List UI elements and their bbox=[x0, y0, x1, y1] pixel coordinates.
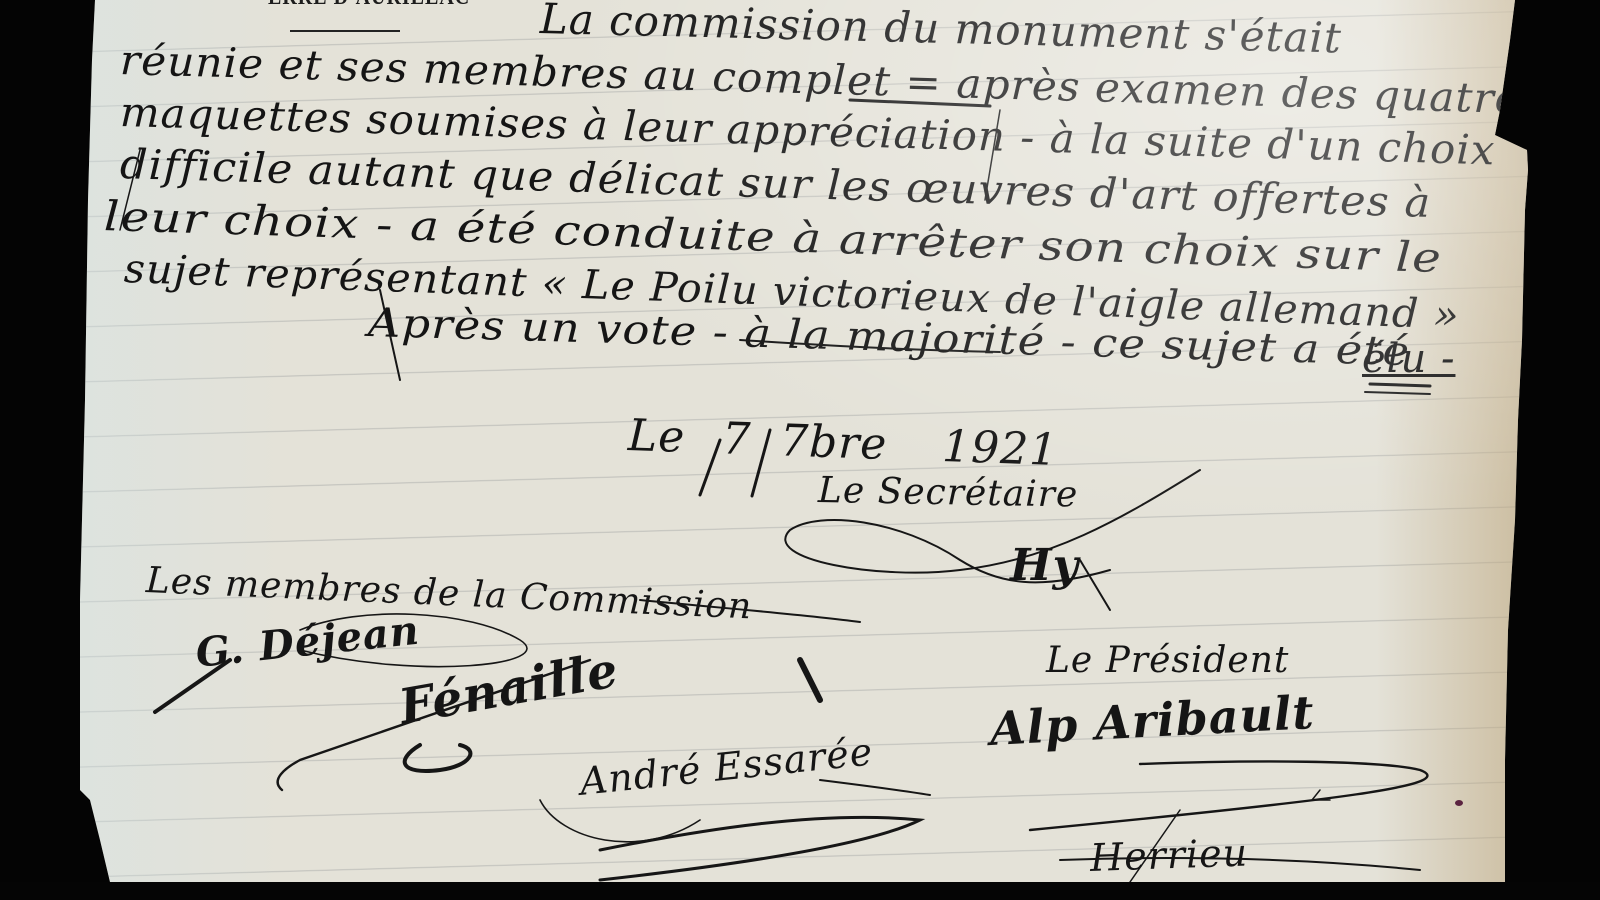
date-day: 7 bbox=[721, 413, 752, 465]
signature-herrieu: Herrieu bbox=[1089, 830, 1249, 879]
body-line-8-elu: élu - bbox=[1362, 336, 1455, 382]
president-title: Le Président bbox=[1046, 640, 1289, 681]
ink-stain bbox=[1455, 800, 1463, 806]
signature-andre-essaree: André Essarée bbox=[578, 729, 876, 804]
letterhead-rule bbox=[290, 30, 400, 32]
secretary-title: Le Secrétaire bbox=[818, 470, 1079, 516]
president-signature: Alp Aribault bbox=[989, 685, 1316, 756]
letterhead-fragment: ERRE D'AURILLAC bbox=[268, 0, 470, 11]
secretary-signature: Hy bbox=[1010, 540, 1079, 591]
signature-fenaille: Fénaille bbox=[395, 642, 623, 736]
date-prefix: Le bbox=[627, 410, 686, 463]
date-month: 7bre bbox=[779, 415, 888, 470]
document-sheet: ERRE D'AURILLAC La commission du monumen… bbox=[0, 0, 1600, 882]
signature-dejean: G. Déjean bbox=[194, 607, 422, 677]
date-year: 1921 bbox=[941, 421, 1059, 476]
photo-stage: ERRE D'AURILLAC La commission du monumen… bbox=[0, 0, 1600, 882]
members-heading: Les membres de la Commission bbox=[145, 560, 753, 627]
date-line: Le 7 7bre 1921 bbox=[627, 410, 1059, 476]
